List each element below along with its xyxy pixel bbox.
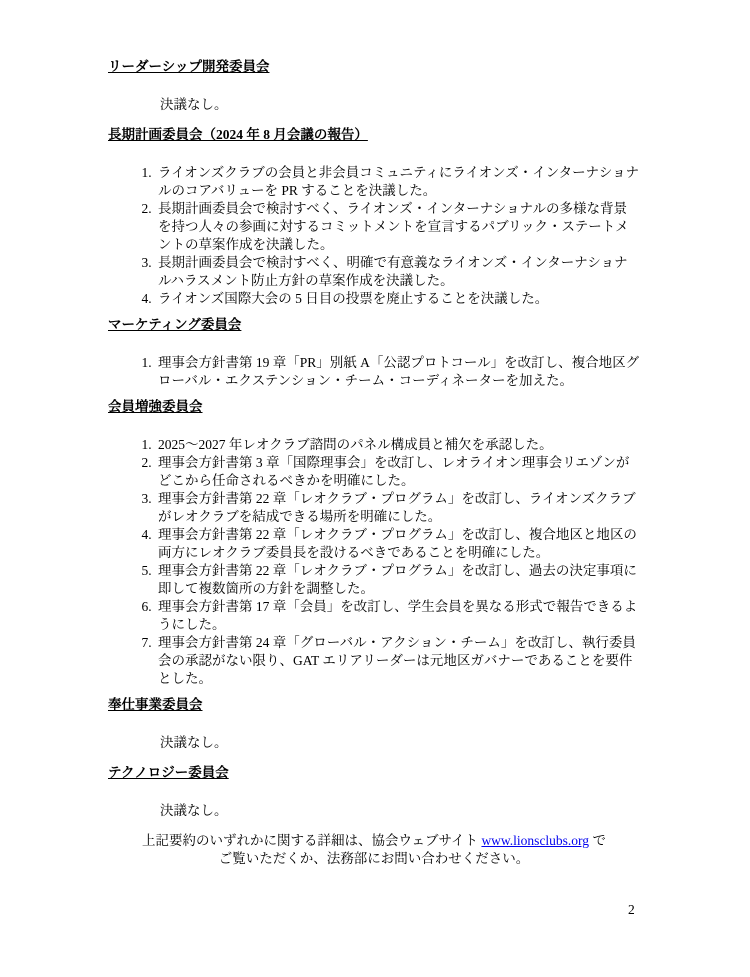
list-item: 理事会方針書第 22 章「レオクラブ・プログラム」を改訂し、ライオンズクラブがレ…	[155, 490, 640, 526]
section-heading: テクノロジー委員会	[108, 764, 640, 782]
section-heading: マーケティング委員会	[108, 316, 640, 334]
footer-text-line2: ご覧いただくか、法務部にお問い合わせください。	[219, 851, 530, 866]
footer-text-before-link: 上記要約のいずれかに関する詳細は、協会ウェブサイト	[142, 833, 481, 848]
footer-text-after-link: で	[589, 833, 606, 848]
list-item: 理事会方針書第 19 章「PR」別紙 A「公認プロトコール」を改訂し、複合地区グ…	[155, 354, 640, 390]
section-long-range-planning: 長期計画委員会（2024 年 8 月会議の報告） ライオンズクラブの会員と非会員…	[108, 126, 640, 308]
document-page: リーダーシップ開発委員会 決議なし。 長期計画委員会（2024 年 8 月会議の…	[0, 0, 750, 977]
page-number: 2	[628, 901, 635, 919]
section-leadership-development: リーダーシップ開発委員会 決議なし。	[108, 58, 640, 114]
list-item: 理事会方針書第 3 章「国際理事会」を改訂し、レオライオン理事会リエゾンがどこか…	[155, 454, 640, 490]
section-technology: テクノロジー委員会 決議なし。	[108, 764, 640, 820]
list-item: 理事会方針書第 22 章「レオクラブ・プログラム」を改訂し、複合地区と地区の両方…	[155, 526, 640, 562]
no-resolution-text: 決議なし。	[160, 802, 640, 820]
list-item: 理事会方針書第 22 章「レオクラブ・プログラム」を改訂し、過去の決定事項に即し…	[155, 562, 640, 598]
section-heading: 奉仕事業委員会	[108, 696, 640, 714]
section-heading: 会員増強委員会	[108, 398, 640, 416]
website-link[interactable]: www.lionsclubs.org	[481, 833, 589, 848]
list-item: ライオンズクラブの会員と非会員コミュニティにライオンズ・インターナショナルのコア…	[155, 164, 640, 200]
list-item: 理事会方針書第 17 章「会員」を改訂し、学生会員を異なる形式で報告できるように…	[155, 598, 640, 634]
section-heading: 長期計画委員会（2024 年 8 月会議の報告）	[108, 126, 640, 144]
no-resolution-text: 決議なし。	[160, 96, 640, 114]
no-resolution-text: 決議なし。	[160, 734, 640, 752]
list-item: ライオンズ国際大会の 5 日目の投票を廃止することを決議した。	[155, 290, 640, 308]
list-item: 長期計画委員会で検討すべく、ライオンズ・インターナショナルの多様な背景を持つ人々…	[155, 200, 640, 254]
resolution-list: ライオンズクラブの会員と非会員コミュニティにライオンズ・インターナショナルのコア…	[108, 164, 640, 308]
resolution-list: 2025～2027 年レオクラブ諮問のパネル構成員と補欠を承認した。 理事会方針…	[108, 436, 640, 688]
footer-note: 上記要約のいずれかに関する詳細は、協会ウェブサイト www.lionsclubs…	[98, 832, 650, 868]
section-membership-development: 会員増強委員会 2025～2027 年レオクラブ諮問のパネル構成員と補欠を承認し…	[108, 398, 640, 688]
list-item: 長期計画委員会で検討すべく、明確で有意義なライオンズ・インターナショナルハラスメ…	[155, 254, 640, 290]
section-heading: リーダーシップ開発委員会	[108, 58, 640, 76]
resolution-list: 理事会方針書第 19 章「PR」別紙 A「公認プロトコール」を改訂し、複合地区グ…	[108, 354, 640, 390]
section-marketing: マーケティング委員会 理事会方針書第 19 章「PR」別紙 A「公認プロトコール…	[108, 316, 640, 390]
section-service-activities: 奉仕事業委員会 決議なし。	[108, 696, 640, 752]
list-item: 理事会方針書第 24 章「グローバル・アクション・チーム」を改訂し、執行委員会の…	[155, 634, 640, 688]
list-item: 2025～2027 年レオクラブ諮問のパネル構成員と補欠を承認した。	[155, 436, 640, 454]
